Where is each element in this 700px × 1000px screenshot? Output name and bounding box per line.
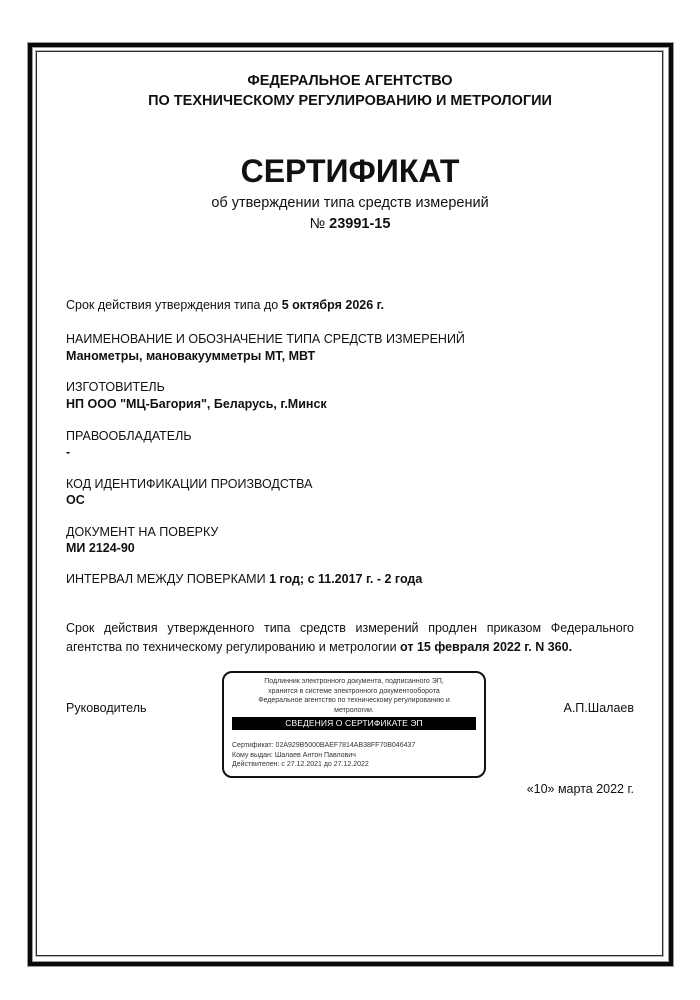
agency-name-line2: ПО ТЕХНИЧЕСКОМУ РЕГУЛИРОВАНИЮ И МЕТРОЛОГ… <box>0 91 700 111</box>
stamp-issued-label: Кому выдан: <box>232 751 273 761</box>
signer-role: Руководитель <box>66 700 147 717</box>
signer-name: А.П.Шалаев <box>563 700 634 717</box>
stamp-notice-line2: хранится в системе электронного документ… <box>224 687 484 697</box>
type-name-value: Манометры, мановакуумметры МТ, МВТ <box>66 348 315 365</box>
stamp-issued-value: Шалаев Антон Павлович <box>275 752 356 759</box>
rights-holder-label: ПРАВООБЛАДАТЕЛЬ <box>66 428 192 445</box>
stamp-notice-line4: метрологии. <box>224 706 484 716</box>
extension-line2: агентства по техническому регулированию … <box>66 638 634 657</box>
issue-date: «10» марта 2022 г. <box>527 781 634 798</box>
validity-line: Срок действия утверждения типа до 5 октя… <box>66 297 384 314</box>
certificate-number-prefix: № <box>310 216 330 232</box>
production-code-label: КОД ИДЕНТИФИКАЦИИ ПРОИЗВОДСТВА <box>66 476 312 493</box>
stamp-header-bar: СВЕДЕНИЯ О СЕРТИФИКАТЕ ЭП <box>232 717 476 730</box>
stamp-valid-value: с 27.12.2021 до 27.12.2022 <box>281 761 368 768</box>
extension-paragraph: Срок действия утвержденного типа средств… <box>66 619 634 657</box>
stamp-cert-label: Сертификат: <box>232 741 274 751</box>
certificate-subtitle: об утверждении типа средств измерений <box>0 193 700 213</box>
stamp-cert-value: 02A929B5000BAEF7814AB38FF70B046437 <box>276 742 416 749</box>
stamp-cert-row: Сертификат: 02A929B5000BAEF7814AB38FF70B… <box>232 741 415 751</box>
validity-label: Срок действия утверждения типа до <box>66 298 282 312</box>
certificate-title: СЕРТИФИКАТ <box>0 152 700 190</box>
agency-name-line1: ФЕДЕРАЛЬНОЕ АГЕНТСТВО <box>0 71 700 91</box>
rights-holder-value: - <box>66 444 70 461</box>
certificate-number-value: 23991-15 <box>329 216 390 232</box>
stamp-notice: Подлинник электронного документа, подпис… <box>224 677 484 715</box>
extension-order-ref: от 15 февраля 2022 г. N 360. <box>400 640 572 654</box>
validity-value: 5 октября 2026 г. <box>282 298 384 312</box>
manufacturer-label: ИЗГОТОВИТЕЛЬ <box>66 379 165 396</box>
stamp-details: Сертификат: 02A929B5000BAEF7814AB38FF70B… <box>232 741 415 770</box>
stamp-issued-row: Кому выдан: Шалаев Антон Павлович <box>232 751 415 761</box>
stamp-notice-line1: Подлинник электронного документа, подпис… <box>224 677 484 687</box>
stamp-valid-row: Действителен: с 27.12.2021 до 27.12.2022 <box>232 760 415 770</box>
manufacturer-value: НП ООО "МЦ-Багория", Беларусь, г.Минск <box>66 396 327 413</box>
verification-doc-value: МИ 2124-90 <box>66 540 135 557</box>
extension-line1: Срок действия утвержденного типа средств… <box>66 619 634 638</box>
extension-line2-text: агентства по техническому регулированию … <box>66 640 400 654</box>
electronic-signature-stamp: Подлинник электронного документа, подпис… <box>222 671 486 778</box>
type-name-label: НАИМЕНОВАНИЕ И ОБОЗНАЧЕНИЕ ТИПА СРЕДСТВ … <box>66 331 465 348</box>
interval-value: 1 год; с 11.2017 г. - 2 года <box>269 572 422 586</box>
verification-interval: ИНТЕРВАЛ МЕЖДУ ПОВЕРКАМИ 1 год; с 11.201… <box>66 571 422 588</box>
verification-doc-label: ДОКУМЕНТ НА ПОВЕРКУ <box>66 524 218 541</box>
interval-label: ИНТЕРВАЛ МЕЖДУ ПОВЕРКАМИ <box>66 572 269 586</box>
production-code-value: ОС <box>66 492 85 509</box>
stamp-valid-label: Действителен: <box>232 761 279 768</box>
stamp-notice-line3: Федеральное агентство по техническому ре… <box>224 696 484 706</box>
certificate-number: № 23991-15 <box>0 214 700 234</box>
